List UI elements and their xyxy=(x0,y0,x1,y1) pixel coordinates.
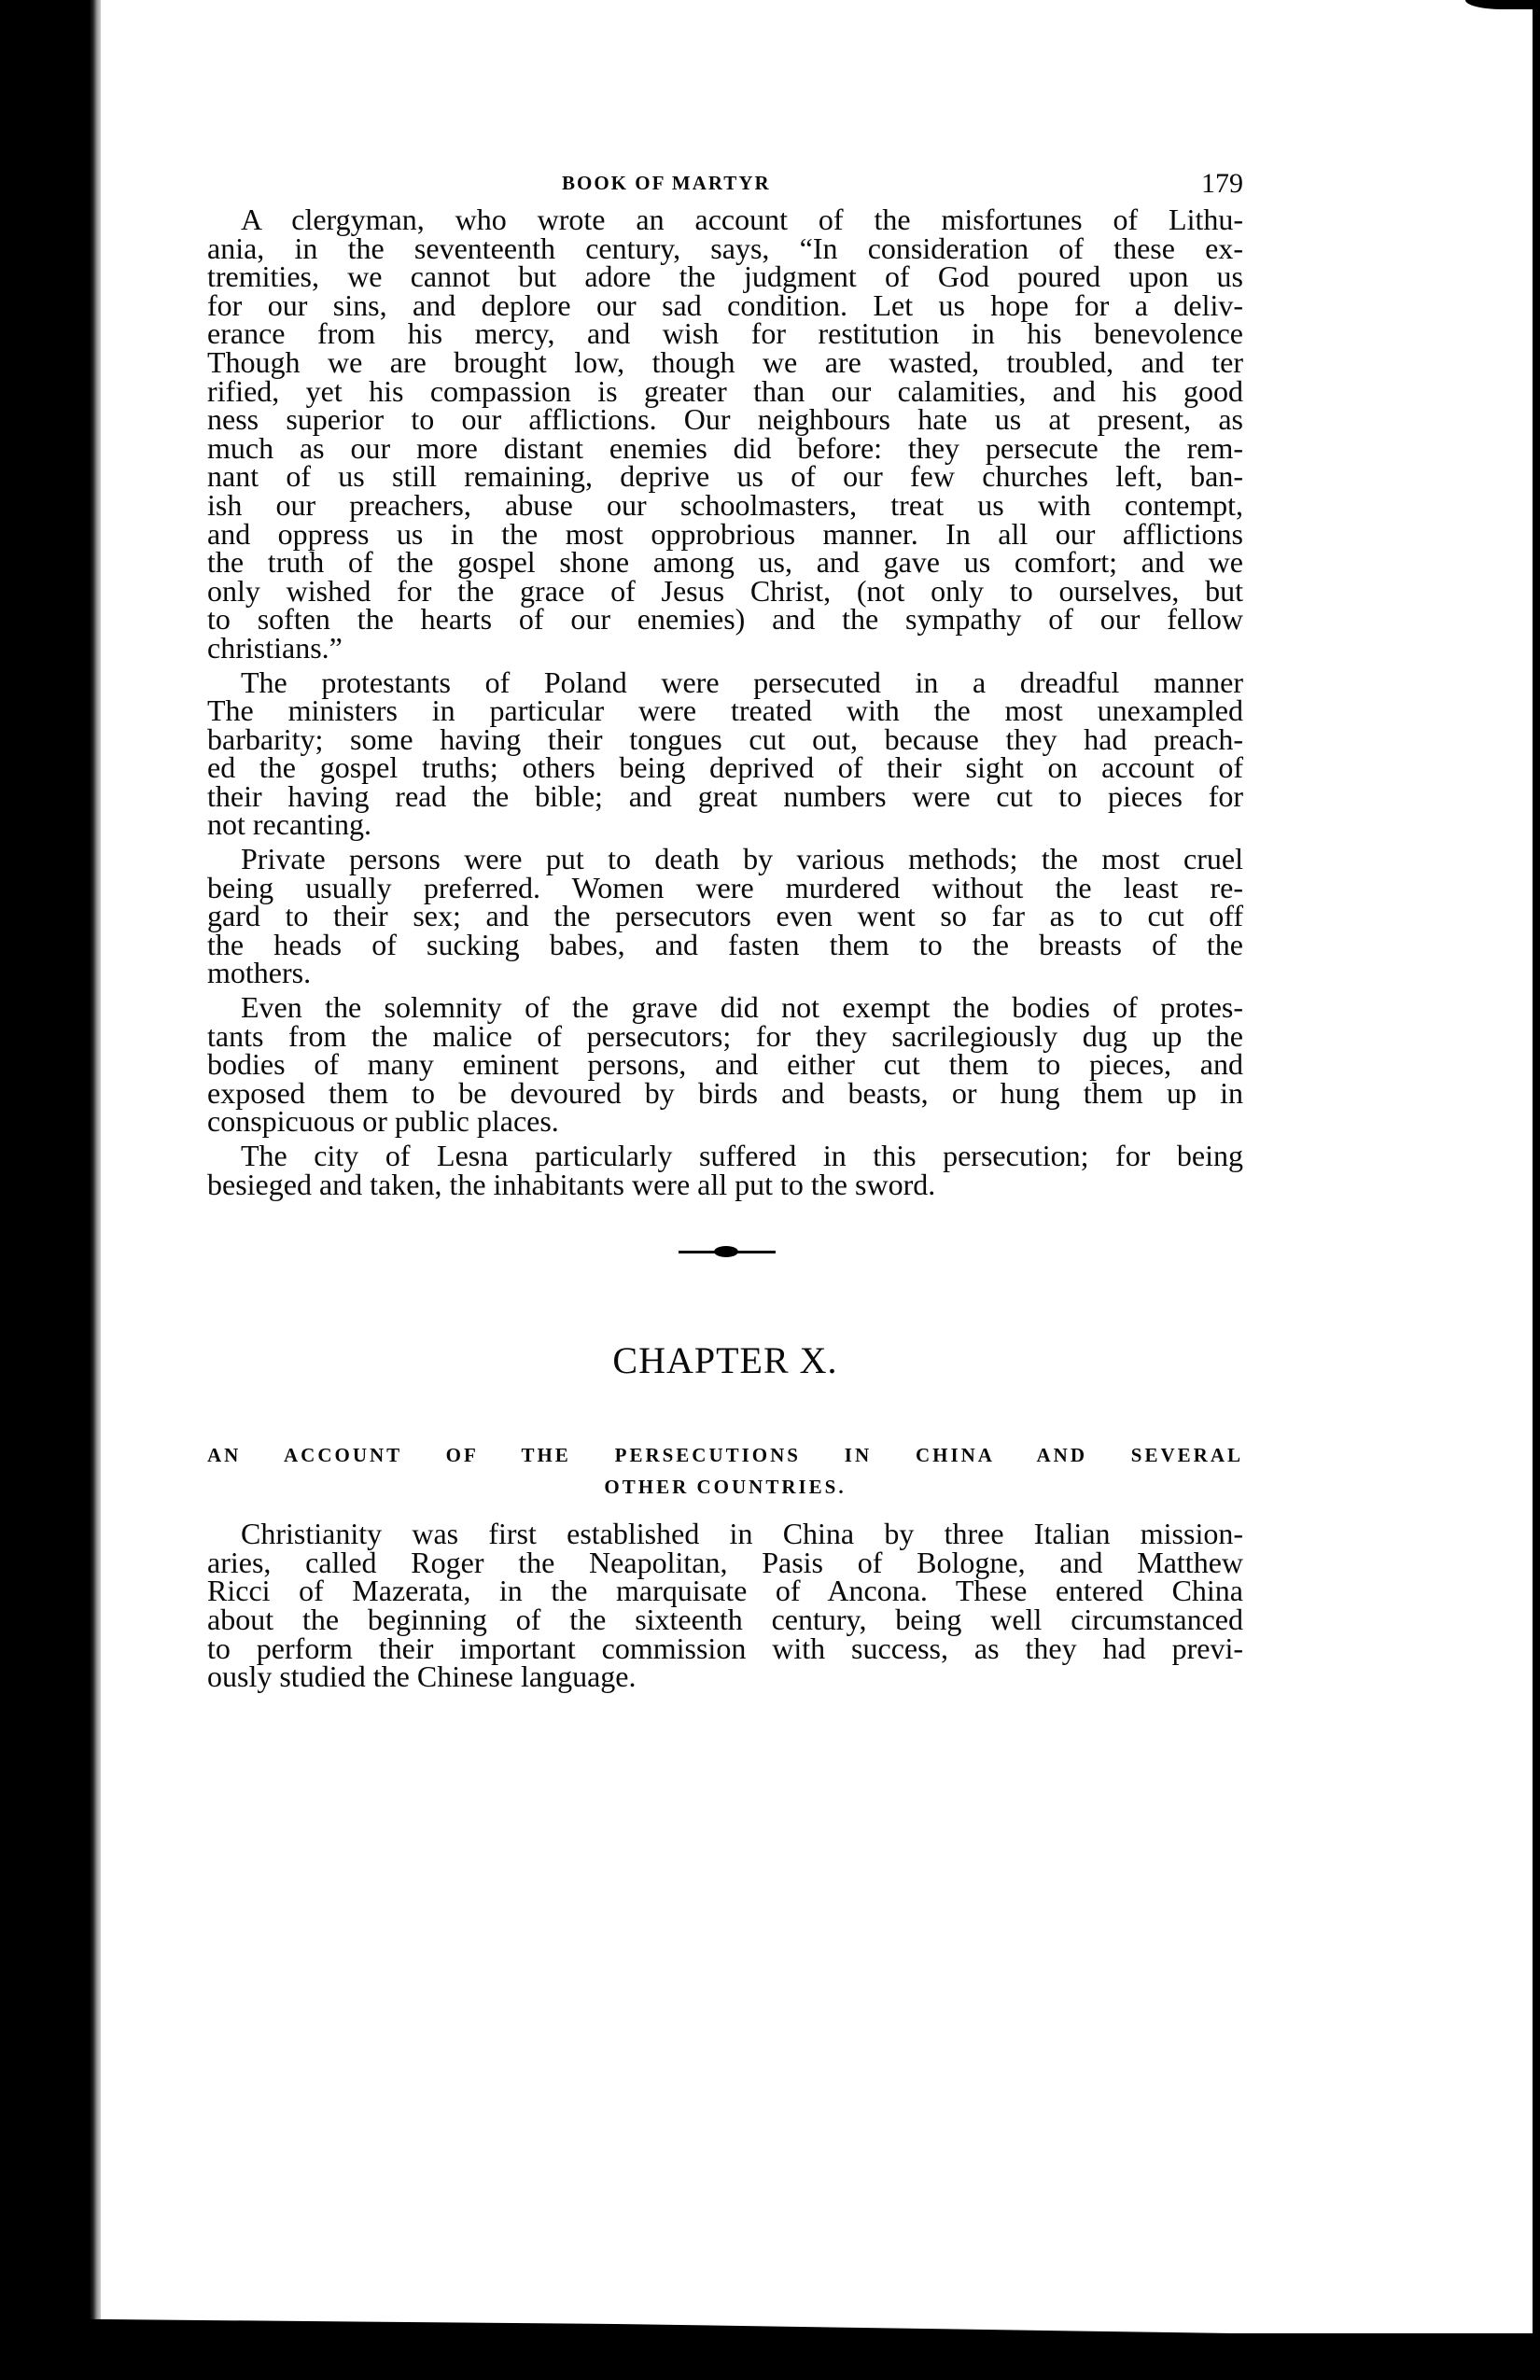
text-line: to perform their important commission wi… xyxy=(207,1634,1243,1663)
paragraph: A clergyman, who wrote an account of the… xyxy=(207,205,1243,663)
text-line: much as our more distant enemies did bef… xyxy=(207,434,1243,463)
paragraph: Christianity was first established in Ch… xyxy=(207,1519,1243,1691)
running-head: BOOK OF MARTYR 179 xyxy=(207,168,1243,205)
text-line: ania, in the seventeenth century, says, … xyxy=(207,234,1243,263)
text-line: the truth of the gospel shone among us, … xyxy=(207,548,1243,577)
text-line: Christianity was first established in Ch… xyxy=(207,1519,1243,1548)
text-line: A clergyman, who wrote an account of the… xyxy=(207,205,1243,234)
text-line: The protestants of Poland were persecute… xyxy=(207,668,1243,697)
text-line: mothers. xyxy=(207,959,1243,987)
text-line: The ministers in particular were treated… xyxy=(207,696,1243,725)
section-divider xyxy=(207,1198,1243,1292)
paragraph: Private persons were put to death by var… xyxy=(207,845,1243,987)
text-line: christians.” xyxy=(207,634,1243,663)
text-line: tremities, we cannot but adore the judgm… xyxy=(207,262,1243,291)
chapter-title: CHAPTER X. xyxy=(207,1338,1243,1394)
text-line: ously studied the Chinese language. xyxy=(207,1662,1243,1691)
chapter-subtitle-line: OTHER COUNTRIES. xyxy=(207,1471,1243,1503)
fleuron-center-icon xyxy=(714,1246,738,1257)
text-line: The city of Lesna particularly suffered … xyxy=(207,1141,1243,1170)
paragraph: The protestants of Poland were persecute… xyxy=(207,668,1243,840)
text-line: bodies of many eminent persons, and eith… xyxy=(207,1050,1243,1079)
body-text: A clergyman, who wrote an account of the… xyxy=(207,205,1243,1198)
text-line: ness superior to our afflictions. Our ne… xyxy=(207,405,1243,434)
text-line: and oppress us in the most opprobrious m… xyxy=(207,520,1243,549)
text-line: ed the gospel truths; others being depri… xyxy=(207,753,1243,782)
text-line: their having read the bible; and great n… xyxy=(207,782,1243,811)
text-line: ish our preachers, abuse our schoolmaste… xyxy=(207,491,1243,520)
text-line: Private persons were put to death by var… xyxy=(207,845,1243,874)
text-line: Ricci of Mazerata, in the marquisate of … xyxy=(207,1576,1243,1605)
text-line: about the beginning of the sixteenth cen… xyxy=(207,1605,1243,1634)
paragraph: The city of Lesna particularly suffered … xyxy=(207,1141,1243,1198)
text-line: to soften the hearts of our enemies) and… xyxy=(207,605,1243,634)
text-line: aries, called Roger the Neapolitan, Pasi… xyxy=(207,1548,1243,1577)
text-line: Even the solemnity of the grave did not … xyxy=(207,993,1243,1022)
chapter-subtitle: AN ACCOUNT OF THE PERSECUTIONS IN CHINA … xyxy=(207,1439,1243,1503)
running-title: BOOK OF MARTYR xyxy=(562,172,771,195)
text-line: only wished for the grace of Jesus Chris… xyxy=(207,577,1243,606)
text-line: rified, yet his compassion is greater th… xyxy=(207,377,1243,406)
paragraph: Even the solemnity of the grave did not … xyxy=(207,993,1243,1136)
book-page: BOOK OF MARTYR 179 A clergyman, who wrot… xyxy=(207,168,1243,1691)
text-line: being usually preferred. Women were murd… xyxy=(207,874,1243,903)
text-line: erance from his mercy, and wish for rest… xyxy=(207,319,1243,348)
text-line: for our sins, and deplore our sad condit… xyxy=(207,291,1243,320)
text-line: nant of us still remaining, deprive us o… xyxy=(207,462,1243,491)
text-line: not recanting. xyxy=(207,810,1243,839)
page-edge-shadow-right xyxy=(1533,0,1540,2380)
text-line: the heads of sucking babes, and fasten t… xyxy=(207,931,1243,959)
page-edge-shadow-bottom xyxy=(0,2311,1540,2380)
text-line: Though we are brought low, though we are… xyxy=(207,348,1243,377)
page-corner-shadow xyxy=(1465,0,1540,9)
page-number: 179 xyxy=(1201,168,1243,200)
text-line: gard to their sex; and the persecutors e… xyxy=(207,902,1243,931)
chapter-subtitle-line: AN ACCOUNT OF THE PERSECUTIONS IN CHINA … xyxy=(207,1439,1243,1471)
text-line: conspicuous or public places. xyxy=(207,1107,1243,1136)
text-line: exposed them to be devoured by birds and… xyxy=(207,1079,1243,1108)
chapter-body-text: Christianity was first established in Ch… xyxy=(207,1519,1243,1691)
text-line: besieged and taken, the inhabitants were… xyxy=(207,1170,1243,1199)
text-line: barbarity; some having their tongues cut… xyxy=(207,725,1243,754)
book-binding-shadow-left xyxy=(0,0,101,2380)
text-line: tants from the malice of persecutors; fo… xyxy=(207,1022,1243,1051)
